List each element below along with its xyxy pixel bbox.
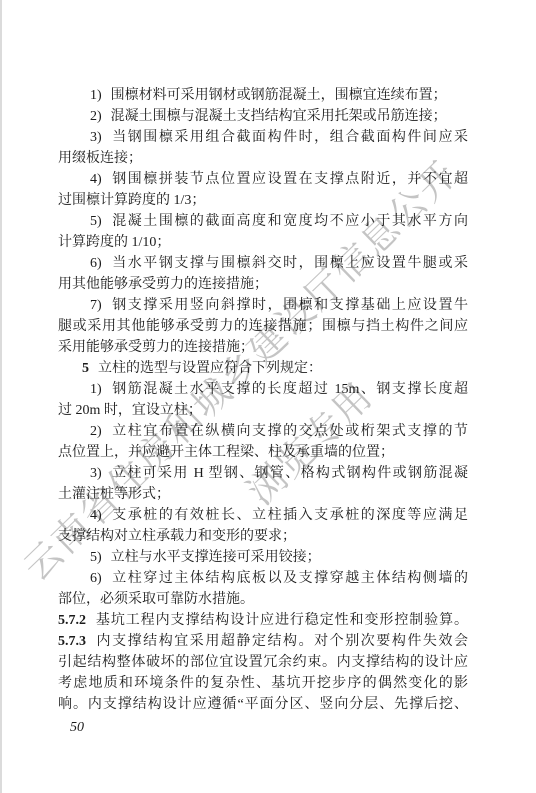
line-text: 基坑工程内支撑结构设计应进行稳定性和变形控制验算。 — [95, 613, 468, 628]
text-line: 5.7.2基坑工程内支撑结构设计应进行稳定性和变形控制验算。 — [58, 610, 468, 631]
text-line: 4)钢围檩拼装节点位置应设置在支撑点附近，并不宜超 — [58, 169, 468, 190]
text-line: 3)立柱可采用 H 型钢、钢管、格构式钢构件或钢筋混凝 — [58, 463, 468, 484]
line-text: 部位，必须采取可靠防水措施。 — [58, 592, 254, 607]
text-line: 土灌注桩等形式； — [58, 484, 468, 505]
line-text: 混凝土围檩的截面高度和宽度均不应小于其水平方向 — [111, 214, 468, 229]
line-text: 腿或采用其他能够承受剪力的连接措施；围檩与挡土构件之间应 — [58, 319, 468, 334]
line-text: 响。内支撑结构设计应遵循“平面分区、竖向分层、先撑后挖、 — [58, 697, 468, 712]
line-text: 土灌注桩等形式； — [58, 487, 170, 502]
line-text: 过 20m 时，宜设立柱； — [58, 403, 202, 418]
line-text: 立柱的选型与设置应符合下列规定： — [98, 361, 322, 376]
clause-number: 7) — [90, 298, 102, 313]
line-text: 点位置上，并应避开主体工程梁、柱及承重墙的位置； — [58, 445, 394, 460]
text-line: 过 20m 时，宜设立柱； — [58, 400, 468, 421]
clause-number: 2) — [90, 109, 102, 124]
text-line: 点位置上，并应避开主体工程梁、柱及承重墙的位置； — [58, 442, 468, 463]
line-text: 立柱可采用 H 型钢、钢管、格构式钢构件或钢筋混凝 — [111, 466, 468, 481]
line-text: 立柱穿过主体结构底板以及支撑穿越主体结构侧墙的 — [111, 571, 468, 586]
text-line: 3)当钢围檩采用组合截面构件时，组合截面构件间应采 — [58, 127, 468, 148]
text-line: 2)混凝土围檩与混凝土支挡结构宜采用托架或吊筋连接； — [58, 106, 468, 127]
line-text: 钢筋混凝土水平支撑的长度超过 15m、钢支撑长度超 — [111, 382, 468, 397]
clause-number: 3) — [90, 130, 102, 145]
page-number: 50 — [58, 717, 468, 738]
page-content: 1)围檩材料可采用钢材或钢筋混凝土，围檩宜连续布置；2)混凝土围檩与混凝土支挡结… — [58, 85, 468, 738]
clause-number: 4) — [90, 172, 102, 187]
text-line: 6)当水平钢支撑与围檩斜交时，围檩上应设置牛腿或采 — [58, 253, 468, 274]
line-text: 立柱宜布置在纵横向支撑的交点处或桁架式支撑的节 — [111, 424, 468, 439]
clause-number: 5) — [90, 550, 102, 565]
text-line: 支撑结构对立柱承载力和变形的要求； — [58, 526, 468, 547]
line-text: 支承桩的有效桩长、立柱插入支承桩的深度等应满足 — [111, 508, 468, 523]
text-line: 部位，必须采取可靠防水措施。 — [58, 589, 468, 610]
text-line: 用其他能够承受剪力的连接措施； — [58, 274, 468, 295]
text-line: 5)立柱与水平支撑连接可采用铰接； — [58, 547, 468, 568]
text-line: 腿或采用其他能够承受剪力的连接措施；围檩与挡土构件之间应 — [58, 316, 468, 337]
text-line: 考虑地质和环境条件的复杂性、基坑开挖步序的偶然变化的影 — [58, 673, 468, 694]
line-text: 用其他能够承受剪力的连接措施； — [58, 277, 268, 292]
line-text: 立柱与水平支撑连接可采用铰接； — [111, 550, 321, 565]
line-text: 考虑地质和环境条件的复杂性、基坑开挖步序的偶然变化的影 — [58, 676, 468, 691]
text-line: 引起结构整体破坏的部位宜设置冗余约束。内支撑结构的设计应 — [58, 652, 468, 673]
text-line: 采用能够承受剪力的连接措施； — [58, 337, 468, 358]
clause-number: 5 — [82, 361, 89, 376]
text-line: 1)钢筋混凝土水平支撑的长度超过 15m、钢支撑长度超 — [58, 379, 468, 400]
clause-number: 6) — [90, 256, 102, 271]
line-text: 内支撑结构宜采用超静定结构。对个别次要构件失效会 — [95, 634, 468, 649]
line-text: 过围檩计算跨度的 1/3； — [58, 193, 205, 208]
text-line: 过围檩计算跨度的 1/3； — [58, 190, 468, 211]
text-line: 5)混凝土围檩的截面高度和宽度均不应小于其水平方向 — [58, 211, 468, 232]
text-line: 5.7.3内支撑结构宜采用超静定结构。对个别次要构件失效会 — [58, 631, 468, 652]
line-text: 混凝土围檩与混凝土支挡结构宜采用托架或吊筋连接； — [111, 109, 447, 124]
text-line: 7)钢支撑采用竖向斜撑时，围檩和支撑基础上应设置牛 — [58, 295, 468, 316]
text-line: 1)围檩材料可采用钢材或钢筋混凝土，围檩宜连续布置； — [58, 85, 468, 106]
clause-number: 4) — [90, 508, 102, 523]
line-text: 引起结构整体破坏的部位宜设置冗余约束。内支撑结构的设计应 — [58, 655, 468, 670]
clause-number: 3) — [90, 466, 102, 481]
text-line: 2)立柱宜布置在纵横向支撑的交点处或桁架式支撑的节 — [58, 421, 468, 442]
text-line: 响。内支撑结构设计应遵循“平面分区、竖向分层、先撑后挖、 — [58, 694, 468, 715]
line-text: 围檩材料可采用钢材或钢筋混凝土，围檩宜连续布置； — [111, 88, 447, 103]
clause-number: 6) — [90, 571, 102, 586]
text-line: 计算跨度的 1/10； — [58, 232, 468, 253]
clause-number: 2) — [90, 424, 102, 439]
line-text: 当水平钢支撑与围檩斜交时，围檩上应设置牛腿或采 — [111, 256, 468, 271]
line-text: 钢围檩拼装节点位置应设置在支撑点附近，并不宜超 — [111, 172, 468, 187]
scan-edge-line — [0, 0, 2, 793]
text-line: 6)立柱穿过主体结构底板以及支撑穿越主体结构侧墙的 — [58, 568, 468, 589]
clause-number: 5.7.2 — [58, 613, 86, 628]
line-text: 当钢围檩采用组合截面构件时，组合截面构件间应采 — [111, 130, 468, 145]
clause-number: 1) — [90, 382, 102, 397]
line-text: 采用能够承受剪力的连接措施； — [58, 340, 254, 355]
clause-number: 5) — [90, 214, 102, 229]
text-line: 5立柱的选型与设置应符合下列规定： — [58, 358, 468, 379]
clause-number: 5.7.3 — [58, 634, 86, 649]
clause-number: 1) — [90, 88, 102, 103]
line-text: 用缀板连接； — [58, 151, 142, 166]
text-line: 用缀板连接； — [58, 148, 468, 169]
document-page: 云南省住房和城乡建设厅信息公开 浏览专用 1)围檩材料可采用钢材或钢筋混凝土，围… — [0, 0, 536, 793]
line-text: 支撑结构对立柱承载力和变形的要求； — [58, 529, 296, 544]
line-text: 钢支撑采用竖向斜撑时，围檩和支撑基础上应设置牛 — [111, 298, 468, 313]
line-text: 计算跨度的 1/10； — [58, 235, 170, 250]
text-line: 4)支承桩的有效桩长、立柱插入支承桩的深度等应满足 — [58, 505, 468, 526]
